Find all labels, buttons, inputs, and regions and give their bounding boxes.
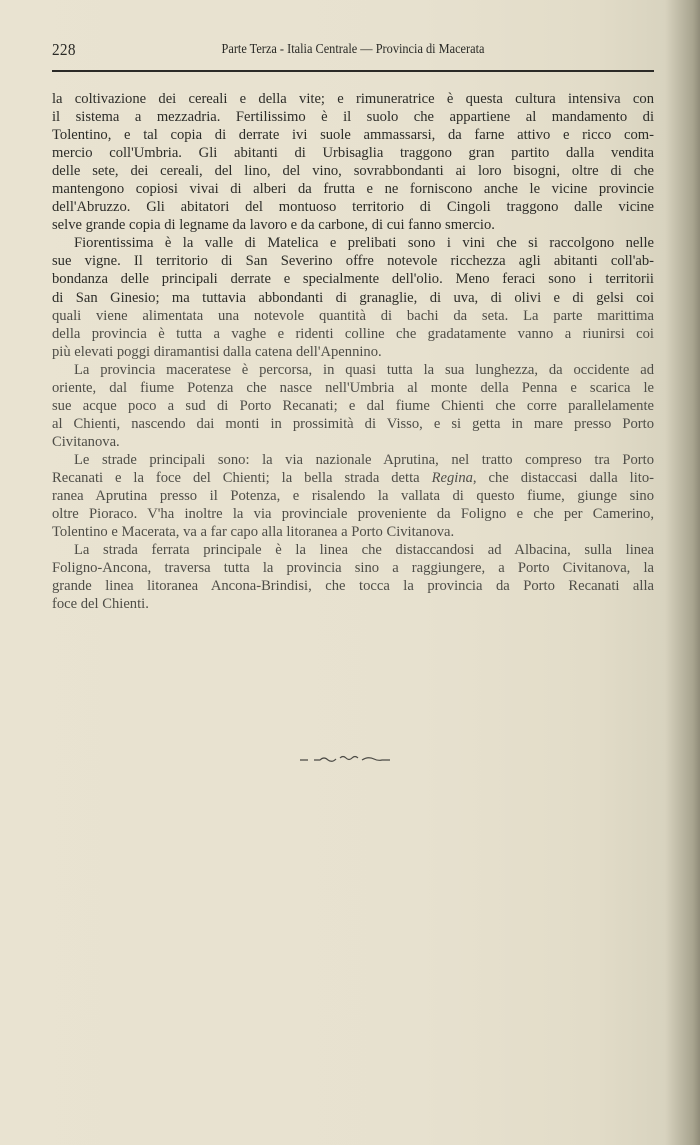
text-line: dell'Abruzzo. Gli abitatori del montuoso… — [52, 198, 654, 216]
text-line: oriente, dal fiume Potenza che nasce nel… — [52, 379, 654, 397]
text-line: al Chienti, nascendo dai monti in prossi… — [52, 415, 654, 433]
text-line: bondanza delle principali derrate e spec… — [52, 270, 654, 288]
text-line: Recanati e la foce del Chienti; la bella… — [52, 469, 654, 487]
text-line: grande linea litoranea Ancona-Brindisi, … — [52, 577, 654, 595]
text-line: Fiorentissima è la valle di Matelica e p… — [52, 234, 654, 252]
text-line: Tolentino, e tal copia di derrate ivi su… — [52, 126, 654, 144]
running-title: Parte Terza - Italia Centrale — Provinci… — [88, 42, 618, 58]
text-line: delle sete, dei cereali, del lino, del v… — [52, 162, 654, 180]
text-line: il sistema a mezzadria. Fertilissimo è i… — [52, 108, 654, 126]
text-line: Foligno-Ancona, traversa tutta la provin… — [52, 559, 654, 577]
text-line: mantengono copiosi vivai di alberi da fr… — [52, 180, 654, 198]
tailpiece-flourish-icon — [298, 752, 398, 766]
text-line: più elevati poggi diramantisi dalla cate… — [52, 343, 654, 361]
text-line: Le strade principali sono: la via nazion… — [52, 451, 654, 469]
text-line: della provincia è tutta a vaghe e rident… — [52, 325, 654, 343]
text-line: selve grande copia di legname da lavoro … — [52, 216, 654, 234]
text-line: mercio coll'Umbria. Gli abitanti di Urbi… — [52, 144, 654, 162]
text-line: quali viene alimentata una notevole quan… — [52, 307, 654, 325]
page-number: 228 — [52, 40, 76, 60]
text-segment: Recanati e la foce del Chienti; la bella… — [52, 470, 420, 486]
running-head: 228 Parte Terza - Italia Centrale — Prov… — [52, 40, 654, 62]
text-line: sue vigne. Il territorio di San Severino… — [52, 252, 654, 270]
text-line: Civitanova. — [52, 433, 654, 451]
text-line: ranea Aprutina presso il Potenza, e risa… — [52, 487, 654, 505]
italic-term-regina: Regina — [432, 470, 473, 486]
text-segment: , che distaccasi dalla lito- — [473, 470, 654, 486]
text-line: foce del Chienti. — [52, 595, 654, 613]
body-text: la coltivazione dei cereali e della vite… — [52, 90, 654, 613]
text-line: sue acque poco a sud di Porto Recanati; … — [52, 397, 654, 415]
text-line: Tolentino e Macerata, va a far capo alla… — [52, 523, 654, 541]
text-line: La strada ferrata principale è la linea … — [52, 541, 654, 559]
text-line: di San Ginesio; ma tuttavia abbondanti d… — [52, 289, 654, 307]
text-line: la coltivazione dei cereali e della vite… — [52, 90, 654, 108]
text-line: oltre Pioraco. V'ha inoltre la via provi… — [52, 505, 654, 523]
text-line: La provincia maceratese è percorsa, in q… — [52, 361, 654, 379]
header-rule-divider — [52, 70, 654, 72]
scanned-page: 228 Parte Terza - Italia Centrale — Prov… — [0, 0, 700, 1145]
